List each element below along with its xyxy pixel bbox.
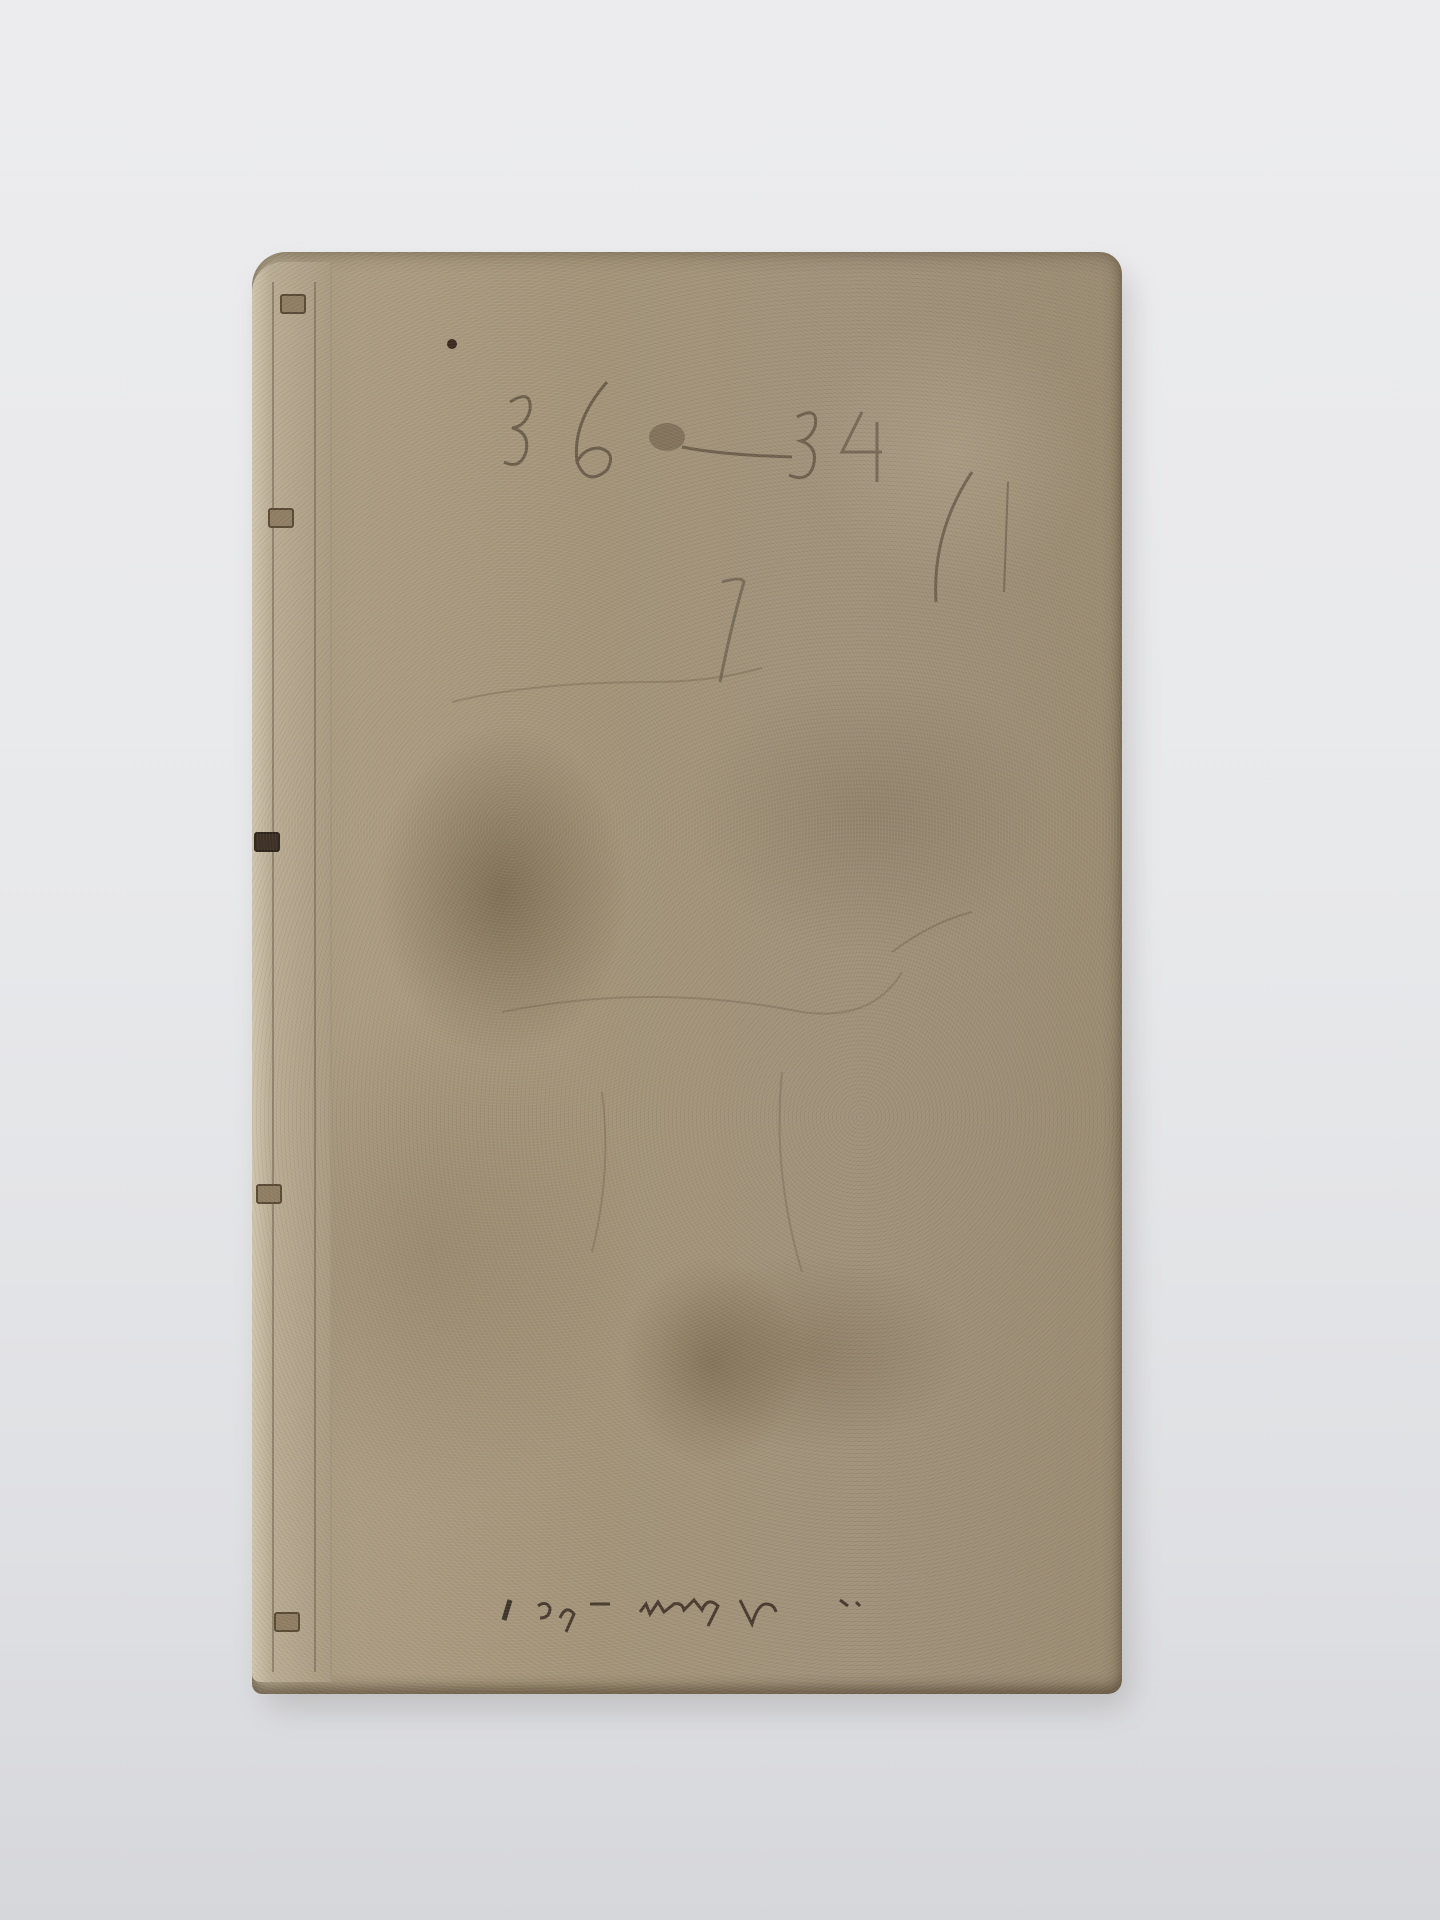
book-spine xyxy=(252,262,332,1682)
photo: 36 a 34 ( 7 1 ∂p̃ Marchant xyxy=(0,0,1440,1920)
spine-groove xyxy=(314,282,316,1672)
spine-tie-dark xyxy=(254,832,280,852)
spine-tie xyxy=(256,1184,282,1204)
spine-tie xyxy=(268,508,294,528)
handwritten-inscriptions xyxy=(252,252,1122,1694)
vellum-book-cover: 36 a 34 ( 7 1 ∂p̃ Marchant xyxy=(252,252,1122,1694)
spine-tie-bottom xyxy=(274,1612,300,1632)
spine-groove xyxy=(272,282,274,1672)
spine-tie-top xyxy=(280,294,306,314)
